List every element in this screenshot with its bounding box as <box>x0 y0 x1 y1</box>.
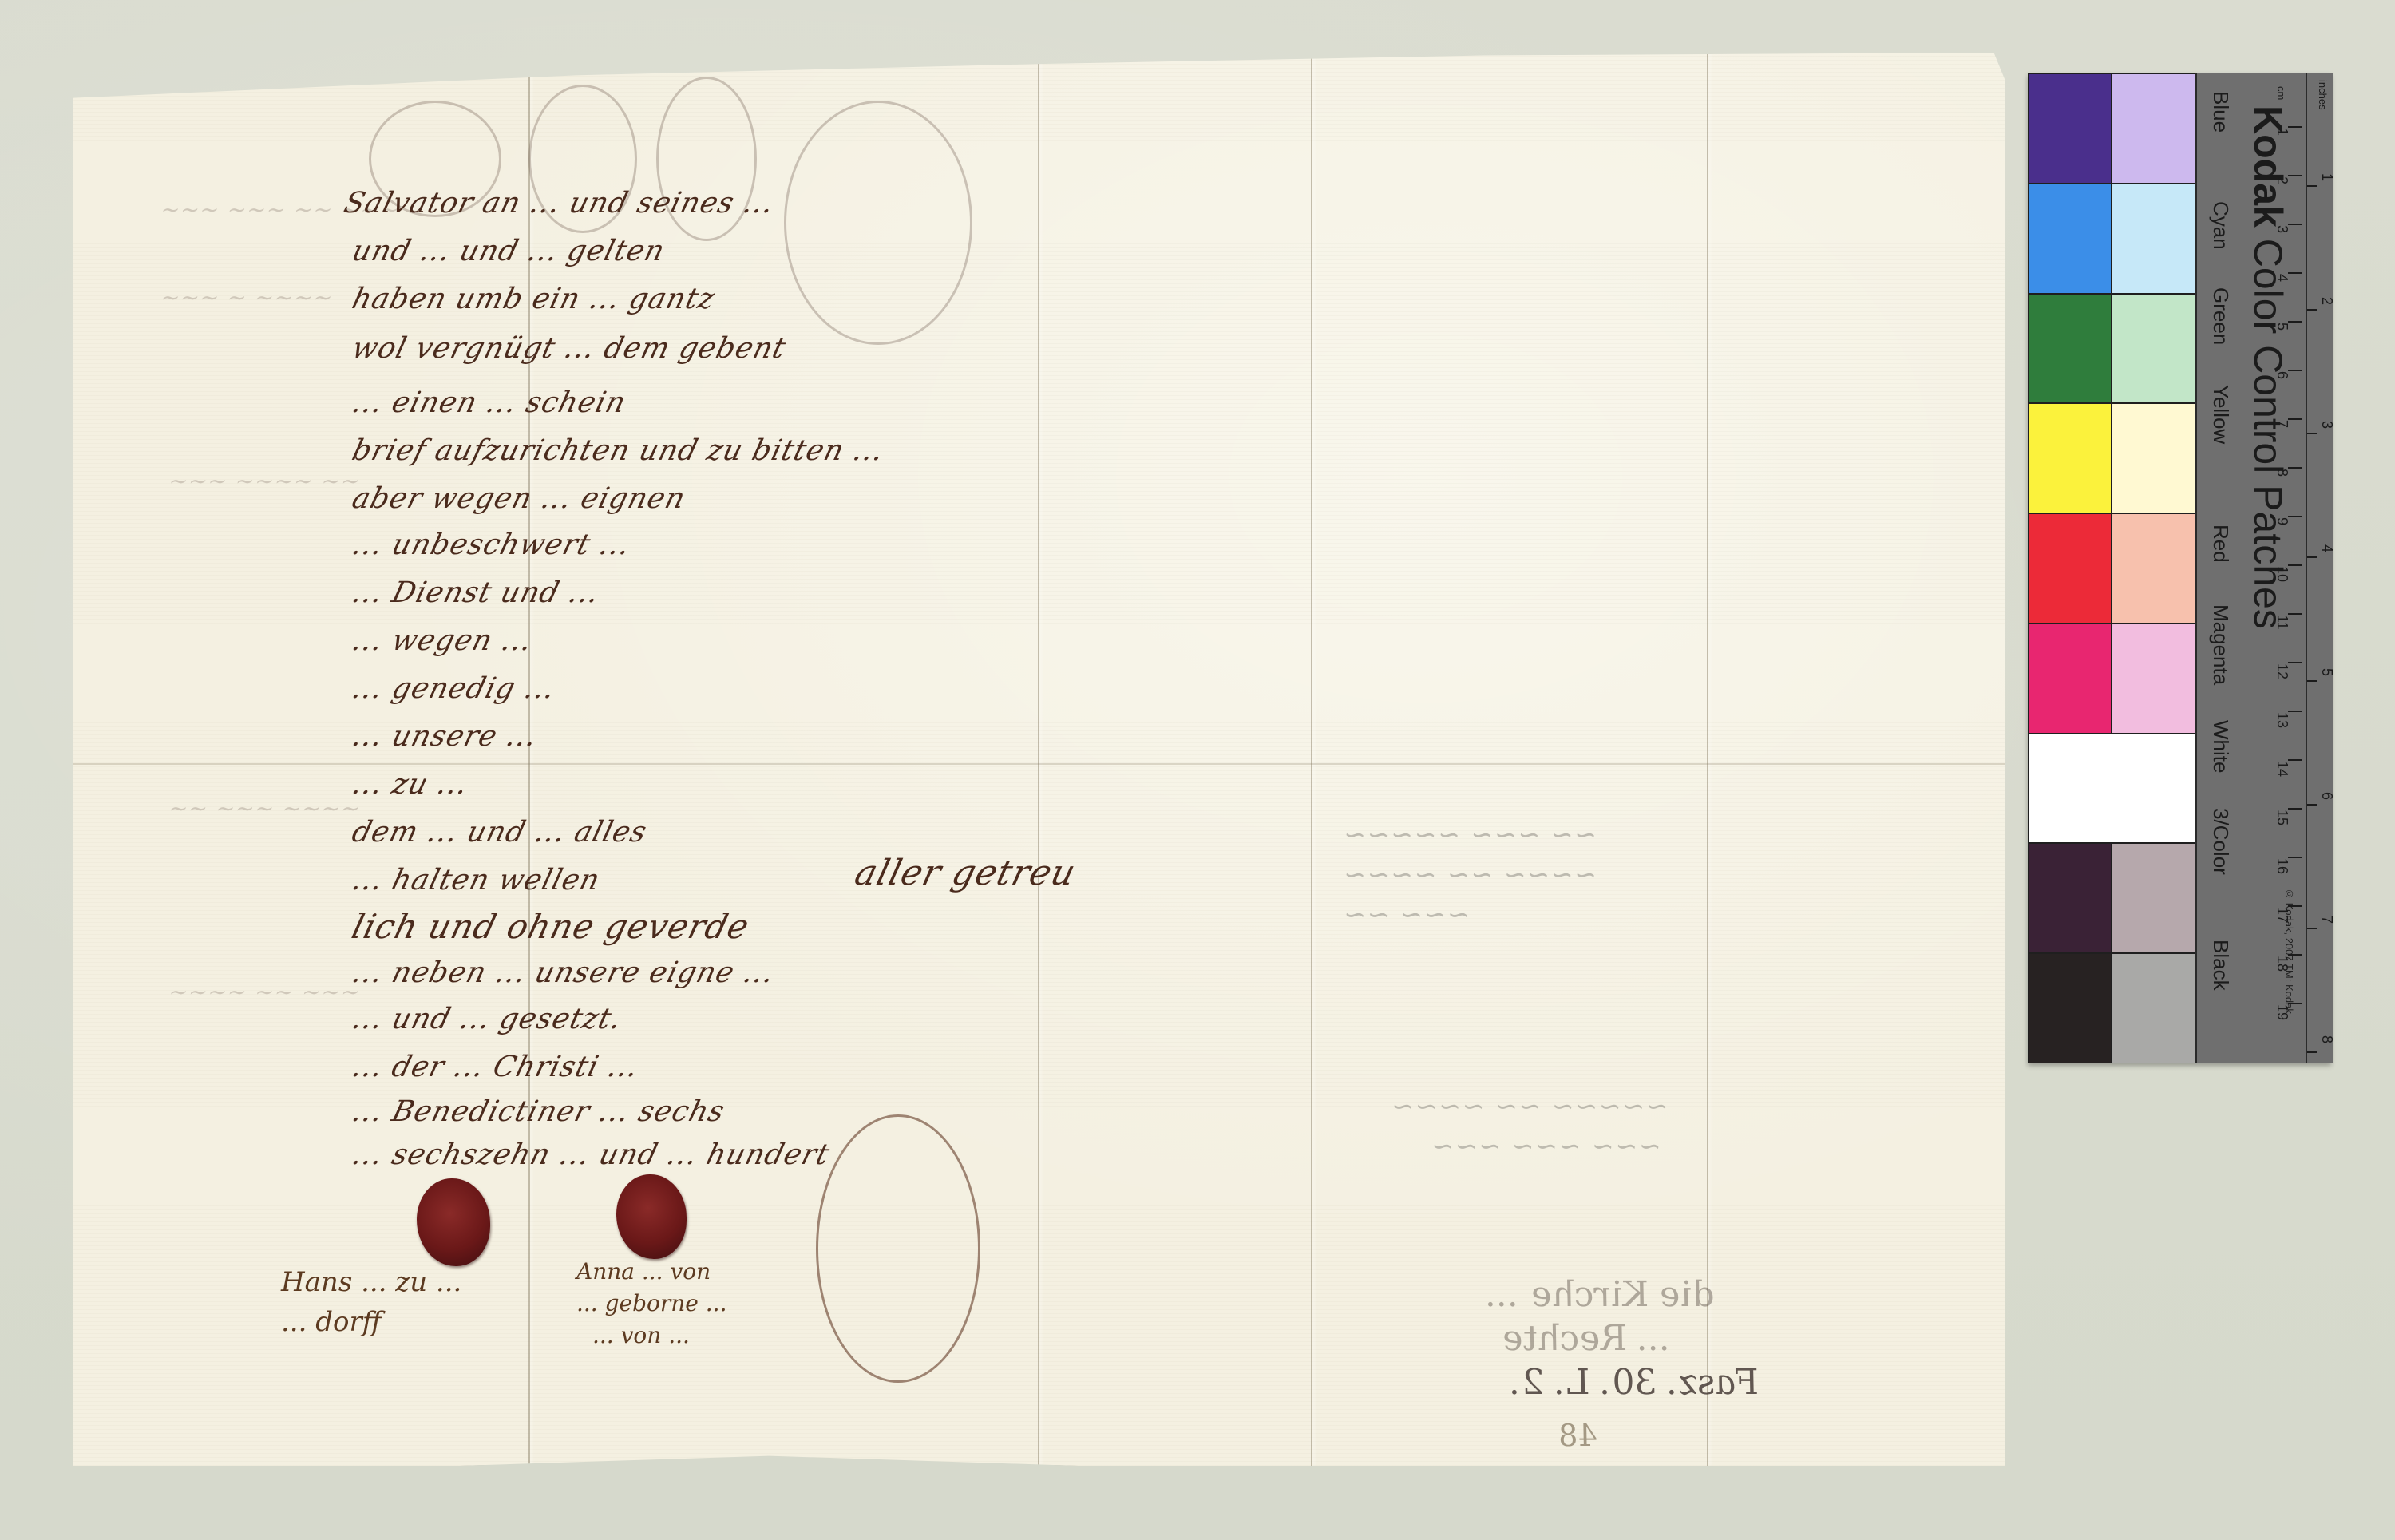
unit-inches: inches <box>2317 80 2329 110</box>
cm-label: 18 <box>2274 956 2290 972</box>
cm-label: 12 <box>2274 663 2290 679</box>
inch-label: 8 <box>2318 1035 2335 1043</box>
text-line: ... sechszehn ... und ... hundert <box>349 1138 833 1171</box>
patch-white <box>2028 734 2195 844</box>
text-line: ... halten wellen <box>349 864 604 897</box>
inch-tick <box>2307 680 2317 682</box>
inch-tick <box>2307 185 2317 187</box>
text-line: ... und ... gesetzt. <box>349 1003 625 1035</box>
patch-3color-light <box>2112 843 2195 953</box>
cm-label: 15 <box>2274 810 2290 825</box>
manuscript-sheet: ~~~ ~~~ ~~ ~~~ ~~~ ~ ~~~~ ~~~ ~~~~ ~~ ~~… <box>73 53 2005 1466</box>
show-through-text: ~~~ ~ ~~~~ <box>158 284 337 311</box>
fold-line <box>73 763 2005 765</box>
inch-label: 6 <box>2318 792 2335 800</box>
text-line: ... Benedictiner ... sechs <box>349 1095 728 1128</box>
text-line: ... der ... Christi ... <box>349 1051 642 1083</box>
patch-label: Black <box>2208 940 2233 991</box>
brand-name: Kodak <box>2246 105 2290 228</box>
signature: ... geborne ... <box>576 1290 726 1316</box>
show-through-text: ~~~ ~~ <box>1340 899 1472 931</box>
cm-label: 1 <box>2274 128 2290 136</box>
patch-green-light <box>2112 294 2195 404</box>
flourish <box>816 1114 980 1383</box>
patch-magenta-dark <box>2028 624 2112 734</box>
cm-label: 5 <box>2274 323 2290 331</box>
show-through-text: ~~~~ ~~ ~~~ <box>166 979 364 1005</box>
text-line: ... unbeschwert ... <box>349 529 634 561</box>
page-number: 48 <box>1555 1418 1600 1453</box>
cm-label: 8 <box>2274 469 2290 477</box>
text-line: ... zu ... <box>349 768 472 801</box>
inch-label: 4 <box>2318 544 2335 552</box>
patch-label: Red <box>2208 525 2233 563</box>
archival-shelfmark: Fasz. 30. L. 2. <box>1507 1362 1763 1403</box>
unit-cm: cm <box>2275 86 2287 100</box>
patch-black-dark <box>2028 953 2112 1063</box>
patch-blue-dark <box>2028 73 2112 184</box>
flourish <box>784 101 972 345</box>
text-line: ... wegen ... <box>349 624 536 657</box>
cm-label: 16 <box>2274 858 2290 874</box>
show-through-text: ~~~~ ~~ ~~~~ <box>1340 859 1600 891</box>
text-line: ... neben ... unsere eigne ... <box>349 956 778 989</box>
archival-note: die Kirche ... <box>1483 1274 1718 1315</box>
patch-label: Magenta <box>2208 604 2233 685</box>
cm-label: 19 <box>2274 1004 2290 1020</box>
patch-3color-dark <box>2028 843 2112 953</box>
cm-label: 7 <box>2274 420 2290 428</box>
text-line: ... Dienst und ... <box>349 576 603 609</box>
patch-label: Yellow <box>2208 385 2233 444</box>
signature: Anna ... von <box>576 1258 711 1285</box>
cm-label: 4 <box>2274 274 2290 282</box>
signature: ... dorff <box>281 1306 382 1338</box>
show-through-text: ~~~ ~~~ ~~~ <box>1427 1130 1664 1162</box>
show-through-text: ~~ ~~~ ~~~~~ <box>1340 819 1600 851</box>
text-line: brief aufzurichten und zu bitten ... <box>349 434 888 467</box>
text-line: ... einen ... schein <box>349 386 630 419</box>
patch-red-light <box>2112 513 2195 624</box>
patch-yellow-light <box>2112 403 2195 513</box>
kodak-color-chart: Kodak Color Control Patches Blue Cyan Gr… <box>2028 73 2331 1063</box>
inch-label: 3 <box>2318 421 2335 429</box>
inch-tick <box>2307 1051 2317 1053</box>
cm-label: 10 <box>2274 566 2290 582</box>
inch-tick <box>2307 556 2317 558</box>
inch-tick <box>2307 433 2317 434</box>
patch-yellow-dark <box>2028 403 2112 513</box>
patch-label: Green <box>2208 287 2233 345</box>
cm-label: 13 <box>2274 712 2290 728</box>
color-patches <box>2028 73 2195 1063</box>
cm-label: 11 <box>2274 615 2290 630</box>
wax-seal <box>417 1178 490 1266</box>
patch-green-dark <box>2028 294 2112 404</box>
patch-label: White <box>2208 720 2233 773</box>
cm-label: 14 <box>2274 761 2290 777</box>
show-through-text: ~~ ~~~ ~~~~ <box>166 795 364 821</box>
text-line: aber wegen ... eignen <box>349 482 689 515</box>
patch-magenta-light <box>2112 624 2195 734</box>
inch-tick <box>2307 309 2317 311</box>
patch-label: Blue <box>2208 91 2233 133</box>
patch-cyan-dark <box>2028 184 2112 294</box>
patch-red-dark <box>2028 513 2112 624</box>
show-through-text: ~~~ ~~~~ ~~ <box>166 468 364 494</box>
patch-cyan-light <box>2112 184 2195 294</box>
fold-line <box>1311 53 1312 1466</box>
show-through-text: ~~~~~ ~~ ~~~~ <box>1388 1091 1671 1122</box>
cm-label: 9 <box>2274 517 2290 525</box>
cm-label: 6 <box>2274 371 2290 379</box>
text-line: haben umb ein ... gantz <box>349 283 718 315</box>
ruler-edge <box>2306 73 2307 1063</box>
inch-label: 2 <box>2318 297 2335 305</box>
inch-label: 1 <box>2318 173 2335 181</box>
archival-note: ... Rechte <box>1499 1318 1676 1359</box>
patch-blue-light <box>2112 73 2195 184</box>
text-line: ... genedig ... <box>349 672 559 705</box>
formula-text: lich und ohne geverde <box>348 907 754 946</box>
inch-tick <box>2307 928 2317 929</box>
patch-label: 3/Color <box>2208 808 2233 875</box>
text-line: ... unsere ... <box>349 720 540 753</box>
text-line: Salvator an ... und seines ... <box>341 187 778 220</box>
signature: ... von ... <box>592 1322 690 1348</box>
text-line: wol vergnügt ... dem gebent <box>349 332 790 365</box>
patch-label: Cyan <box>2208 201 2233 250</box>
inch-label: 5 <box>2318 668 2335 676</box>
fold-line <box>1038 53 1039 1466</box>
fold-line <box>1707 53 1708 1466</box>
patch-black-light <box>2112 953 2195 1063</box>
signature: Hans ... zu ... <box>281 1266 461 1298</box>
wax-seal <box>616 1174 687 1259</box>
formula-text: aller getreu <box>851 853 1080 893</box>
cm-label: 2 <box>2274 176 2290 184</box>
cm-label: 17 <box>2274 907 2290 923</box>
inch-label: 7 <box>2318 916 2335 924</box>
text-line: dem ... und ... alles <box>349 816 651 849</box>
text-line: und ... und ... gelten <box>349 235 668 267</box>
ruler: Kodak Color Control Patches Blue Cyan Gr… <box>2195 73 2333 1063</box>
cm-label: 3 <box>2274 225 2290 233</box>
inch-tick <box>2307 804 2317 806</box>
